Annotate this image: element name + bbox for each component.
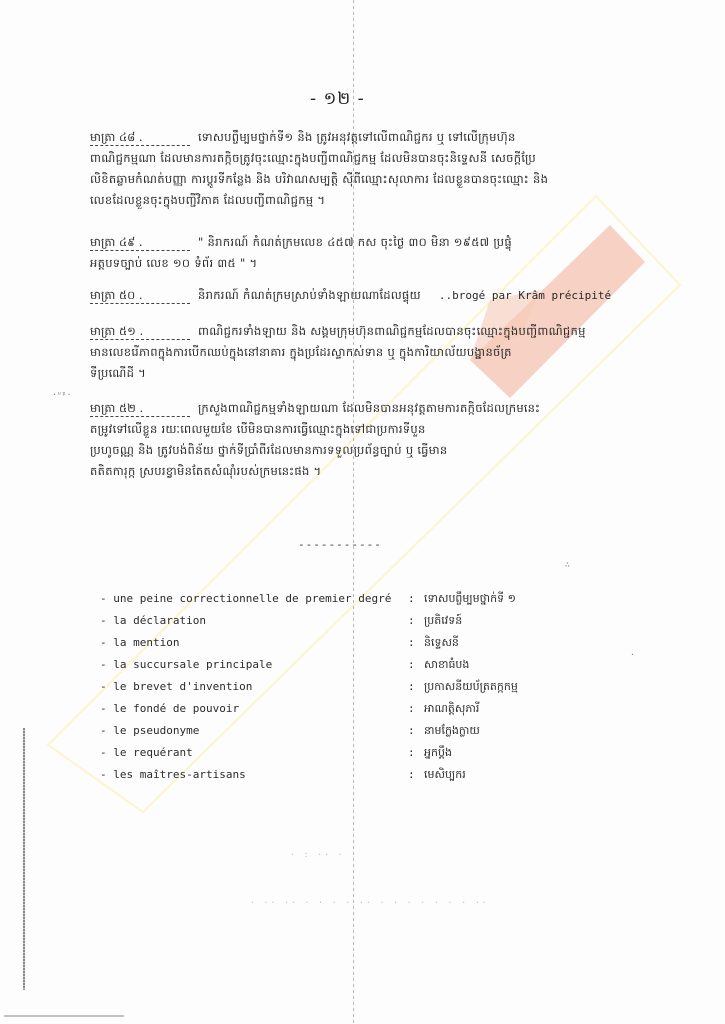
article-51: មាត្រា ៥១ .ពាណិជ្ជករទាំងឡាយ និង សង្គមក្រ… [90,321,638,384]
glossary-colon: : [408,742,415,764]
page-number: - ១២ - [310,88,365,113]
glossary-khmer-term: ទោសបព្ចឹម្បមថ្នាក់ទី ១ [424,588,516,610]
scan-edge-line [23,728,25,990]
article-49: មាត្រា ៤៩ ." និរាករណ៍ កំណត់ក្រមលេខ ៤៥៧ ក… [90,232,638,274]
scan-bottom-edge [4,1015,124,1017]
glossary-row: - le pseudonyme : នាមក្លែងក្លាយ [100,720,600,742]
glossary-row: - la mention : និទ្ទេសនី [100,632,600,654]
glossary-colon: : [408,764,415,786]
glossary-row: - la déclaration : ប្រតិវេទន៍ [100,610,600,632]
glossary-khmer-term: មេសិប្បករ [424,764,466,786]
article-label: មាត្រា ៥០ . [90,288,190,304]
glossary-khmer-term: និទ្ទេសនី [424,632,459,654]
scan-speck: · [630,650,635,659]
glossary-row: - les maîtres-artisans : មេសិប្បករ [100,764,600,786]
scanned-page: - ១២ - មាត្រា ៤៨ .ទោសបព្ចឹម្បមថ្នាក់ទី១ … [0,0,725,1024]
glossary-colon: : [408,632,415,654]
glossary-french-term: - le brevet d'invention [100,676,252,698]
glossary-khmer-term: អ្នកប្ដឹង [424,742,452,764]
glossary-khmer-term: សាខាធំបង [424,654,469,676]
glossary-colon: : [408,654,415,676]
glossary-french-term: - la déclaration [100,610,206,632]
glossary-row: - la succursale principale : សាខាធំបង [100,654,600,676]
glossary-french-term: - les maîtres-artisans [100,764,246,786]
article-label: មាត្រា ៥២ . [90,401,190,417]
scan-speck: ·ᵘᵖ· [52,390,71,399]
glossary-khmer-term: ប្រតិវេទន៍ [424,610,462,632]
article-52: មាត្រា ៥២ .ក្រសួងពាណិជ្ជកម្មទាំងឡាយណា ដែ… [90,398,638,482]
glossary-khmer-term: អាណត្តិសុភារី [424,698,479,720]
article-label: មាត្រា ៤៨ . [90,130,190,146]
article-48: មាត្រា ៤៨ .ទោសបព្ចឹម្បមថ្នាក់ទី១ និង ត្រ… [90,127,638,211]
glossary-french-term: - la mention [100,632,179,654]
glossary-colon: : [408,676,415,698]
glossary-french-term: - une peine correctionnelle de premier d… [100,588,391,610]
glossary-row: - le brevet d'invention : ប្រកាសនីយប័ត្រ… [100,676,600,698]
article-50: មាត្រា ៥០ .និរាករណ៍ កំណត់ក្រមស្រាប់ទាំងឡ… [90,285,638,306]
faded-bleed-through: · : ·· · [290,850,345,859]
faded-bleed-through: · ·· ·· · · · · ·· · · · · · · · ·· [250,898,489,907]
french-annotation: ..brogé par Krâm précipité [439,289,611,302]
glossary-french-term: - le requérant [100,742,193,764]
scan-speck: ∴ [565,560,570,569]
article-label: មាត្រា ៤៩ . [90,235,190,251]
glossary-row: - une peine correctionnelle de premier d… [100,588,600,610]
glossary: - une peine correctionnelle de premier d… [100,588,600,786]
glossary-colon: : [408,698,415,720]
glossary-row: - le requérant : អ្នកប្ដឹង [100,742,600,764]
glossary-french-term: - le pseudonyme [100,720,199,742]
article-label: មាត្រា ៥១ . [90,324,190,340]
glossary-french-term: - le fondé de pouvoir [100,698,239,720]
glossary-khmer-term: ប្រកាសនីយប័ត្រតក្កកម្ម [424,676,518,698]
glossary-row: - le fondé de pouvoir : អាណត្តិសុភារី [100,698,600,720]
glossary-colon: : [408,610,415,632]
glossary-khmer-term: នាមក្លែងក្លាយ [424,720,480,742]
section-separator: ----------- [298,538,382,551]
glossary-colon: : [408,720,415,742]
glossary-colon: : [408,588,415,610]
glossary-french-term: - la succursale principale [100,654,272,676]
